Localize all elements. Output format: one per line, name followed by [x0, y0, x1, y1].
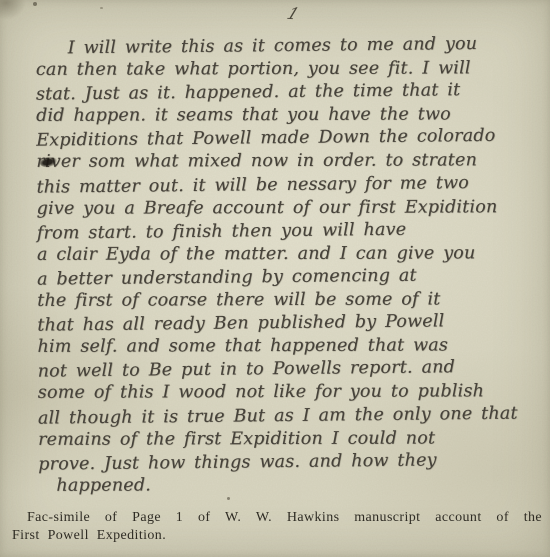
caption-line: Fac-simile of Page 1 of W. W. Hawkins ma… — [12, 509, 542, 527]
paper-speck — [227, 497, 230, 500]
book-page: 1 I will write this as it comes to me an… — [0, 0, 550, 557]
manuscript-body: I will write this as it comes to me and … — [36, 33, 536, 498]
manuscript-line: happened. — [38, 473, 535, 498]
handwritten-page-number: 1 — [284, 4, 301, 24]
manuscript-line: this matter out. it will be nessary for … — [36, 171, 533, 199]
paper-speck — [100, 7, 103, 9]
manuscript-line: a clair Eyda of the matter. and I can gi… — [37, 242, 534, 267]
caption-line: First Powell Expedition. — [12, 527, 542, 545]
manuscript-line: all though it is true But as I am the on… — [38, 402, 535, 430]
manuscript-line: from start. to finish then you will have — [37, 217, 534, 245]
manuscript-line: a better understanding by comencing at — [37, 263, 534, 291]
paper-speck — [33, 2, 37, 6]
manuscript-line: some of this I wood not like for you to … — [38, 381, 535, 406]
manuscript-line: river som what mixed now in order. to st… — [36, 150, 533, 175]
corner-smudge — [0, 0, 26, 20]
figure-caption: Fac-simile of Page 1 of W. W. Hawkins ma… — [12, 509, 542, 544]
manuscript-line: remains of the first Expidition I could … — [38, 427, 535, 452]
manuscript-line: give you a Breafe account of our first E… — [37, 196, 534, 221]
manuscript-line: prove. Just how things was. and how they — [38, 448, 535, 476]
